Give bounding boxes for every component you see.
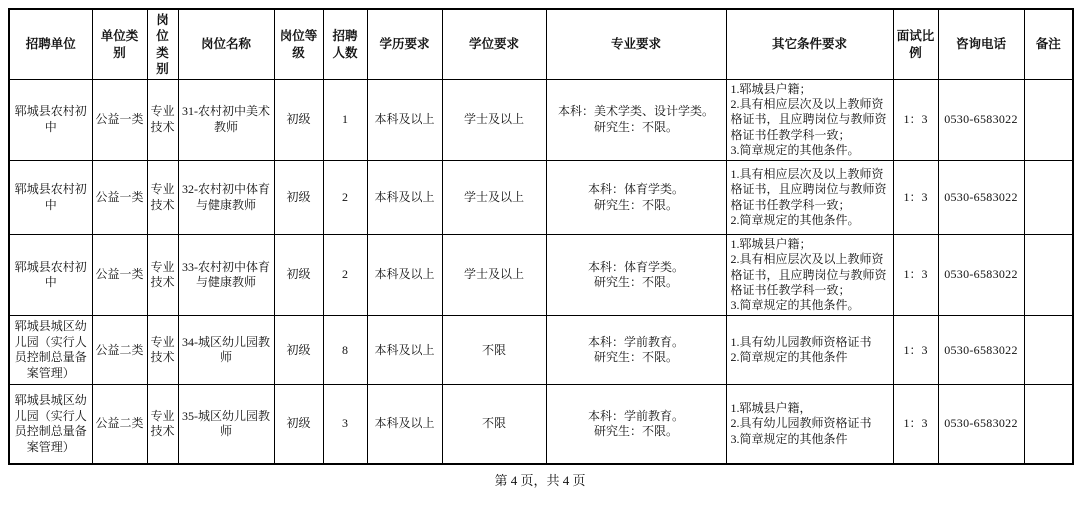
cell-unit: 郓城县农村初中 <box>9 80 92 161</box>
cell-unit: 郓城县农村初中 <box>9 161 92 235</box>
table-row: 郓城县农村初中公益一类专业技术32-农村初中体育与健康教师初级2本科及以上学士及… <box>9 161 1073 235</box>
cell-ratio: 1：3 <box>893 385 938 464</box>
cell-note <box>1024 80 1073 161</box>
cell-post-type: 专业技术 <box>147 316 178 385</box>
cell-ratio: 1：3 <box>893 80 938 161</box>
table-row: 郓城县农村初中公益一类专业技术31-农村初中美术教师初级1本科及以上学士及以上本… <box>9 80 1073 161</box>
cell-other: 1.郓城县户籍， 2.具有幼儿园教师资格证书 3.简章规定的其他条件 <box>726 385 893 464</box>
cell-post-name: 35-城区幼儿园教师 <box>178 385 274 464</box>
cell-phone: 0530-6583022 <box>938 316 1024 385</box>
cell-degree: 不限 <box>442 316 546 385</box>
cell-count: 2 <box>323 235 367 316</box>
cell-post-level: 初级 <box>274 161 323 235</box>
column-header: 学位要求 <box>442 9 546 80</box>
cell-unit-type: 公益二类 <box>92 316 147 385</box>
cell-major: 本科：体育学类。 研究生：不限。 <box>546 161 726 235</box>
column-header: 其它条件要求 <box>726 9 893 80</box>
cell-phone: 0530-6583022 <box>938 161 1024 235</box>
table-row: 郓城县城区幼儿园（实行人员控制总量备案管理）公益二类专业技术35-城区幼儿园教师… <box>9 385 1073 464</box>
cell-ratio: 1：3 <box>893 161 938 235</box>
cell-post-name: 33-农村初中体育与健康教师 <box>178 235 274 316</box>
cell-unit-type: 公益二类 <box>92 385 147 464</box>
cell-other: 1.具有幼儿园教师资格证书 2.简章规定的其他条件 <box>726 316 893 385</box>
cell-note <box>1024 316 1073 385</box>
column-header: 岗位等级 <box>274 9 323 80</box>
column-header: 单位类别 <box>92 9 147 80</box>
cell-note <box>1024 161 1073 235</box>
cell-major: 本科：体育学类。 研究生：不限。 <box>546 235 726 316</box>
cell-post-name: 32-农村初中体育与健康教师 <box>178 161 274 235</box>
column-header: 专业要求 <box>546 9 726 80</box>
table-body: 郓城县农村初中公益一类专业技术31-农村初中美术教师初级1本科及以上学士及以上本… <box>9 80 1073 464</box>
cell-count: 2 <box>323 161 367 235</box>
cell-edu: 本科及以上 <box>367 161 442 235</box>
cell-post-level: 初级 <box>274 80 323 161</box>
recruitment-table: 招聘单位单位类别岗位 类别岗位名称岗位等级招聘 人数学历要求学位要求专业要求其它… <box>8 8 1074 465</box>
cell-unit: 郓城县农村初中 <box>9 235 92 316</box>
cell-edu: 本科及以上 <box>367 80 442 161</box>
cell-post-level: 初级 <box>274 316 323 385</box>
cell-unit: 郓城县城区幼儿园（实行人员控制总量备案管理） <box>9 385 92 464</box>
cell-post-type: 专业技术 <box>147 161 178 235</box>
table-header: 招聘单位单位类别岗位 类别岗位名称岗位等级招聘 人数学历要求学位要求专业要求其它… <box>9 9 1073 80</box>
cell-edu: 本科及以上 <box>367 235 442 316</box>
cell-phone: 0530-6583022 <box>938 385 1024 464</box>
header-row: 招聘单位单位类别岗位 类别岗位名称岗位等级招聘 人数学历要求学位要求专业要求其它… <box>9 9 1073 80</box>
cell-other: 1.郓城县户籍； 2.具有相应层次及以上教师资格证书，且应聘岗位与教师资格证书任… <box>726 80 893 161</box>
cell-degree: 学士及以上 <box>442 235 546 316</box>
cell-degree: 不限 <box>442 385 546 464</box>
cell-other: 1.郓城县户籍； 2.具有相应层次及以上教师资格证书，且应聘岗位与教师资格证书任… <box>726 235 893 316</box>
cell-edu: 本科及以上 <box>367 316 442 385</box>
column-header: 岗位名称 <box>178 9 274 80</box>
column-header: 招聘 人数 <box>323 9 367 80</box>
cell-degree: 学士及以上 <box>442 161 546 235</box>
cell-count: 1 <box>323 80 367 161</box>
cell-other: 1.具有相应层次及以上教师资格证书，且应聘岗位与教师资格证书任教学科一致； 2.… <box>726 161 893 235</box>
cell-ratio: 1：3 <box>893 235 938 316</box>
cell-unit: 郓城县城区幼儿园（实行人员控制总量备案管理） <box>9 316 92 385</box>
cell-post-name: 34-城区幼儿园教师 <box>178 316 274 385</box>
cell-major: 本科：美术学类、设计学类。 研究生：不限。 <box>546 80 726 161</box>
cell-edu: 本科及以上 <box>367 385 442 464</box>
cell-unit-type: 公益一类 <box>92 235 147 316</box>
cell-ratio: 1：3 <box>893 316 938 385</box>
page-footer: 第 4 页，共 4 页 <box>0 470 1080 489</box>
cell-major: 本科：学前教育。 研究生：不限。 <box>546 385 726 464</box>
cell-post-type: 专业技术 <box>147 80 178 161</box>
cell-phone: 0530-6583022 <box>938 235 1024 316</box>
cell-count: 8 <box>323 316 367 385</box>
cell-note <box>1024 235 1073 316</box>
cell-unit-type: 公益一类 <box>92 161 147 235</box>
cell-major: 本科：学前教育。 研究生：不限。 <box>546 316 726 385</box>
table-row: 郓城县城区幼儿园（实行人员控制总量备案管理）公益二类专业技术34-城区幼儿园教师… <box>9 316 1073 385</box>
cell-count: 3 <box>323 385 367 464</box>
cell-unit-type: 公益一类 <box>92 80 147 161</box>
column-header: 招聘单位 <box>9 9 92 80</box>
cell-degree: 学士及以上 <box>442 80 546 161</box>
column-header: 备注 <box>1024 9 1073 80</box>
cell-post-type: 专业技术 <box>147 385 178 464</box>
cell-phone: 0530-6583022 <box>938 80 1024 161</box>
cell-post-type: 专业技术 <box>147 235 178 316</box>
cell-post-name: 31-农村初中美术教师 <box>178 80 274 161</box>
column-header: 学历要求 <box>367 9 442 80</box>
column-header: 岗位 类别 <box>147 9 178 80</box>
cell-note <box>1024 385 1073 464</box>
table-row: 郓城县农村初中公益一类专业技术33-农村初中体育与健康教师初级2本科及以上学士及… <box>9 235 1073 316</box>
cell-post-level: 初级 <box>274 385 323 464</box>
cell-post-level: 初级 <box>274 235 323 316</box>
column-header: 面试比例 <box>893 9 938 80</box>
column-header: 咨询电话 <box>938 9 1024 80</box>
